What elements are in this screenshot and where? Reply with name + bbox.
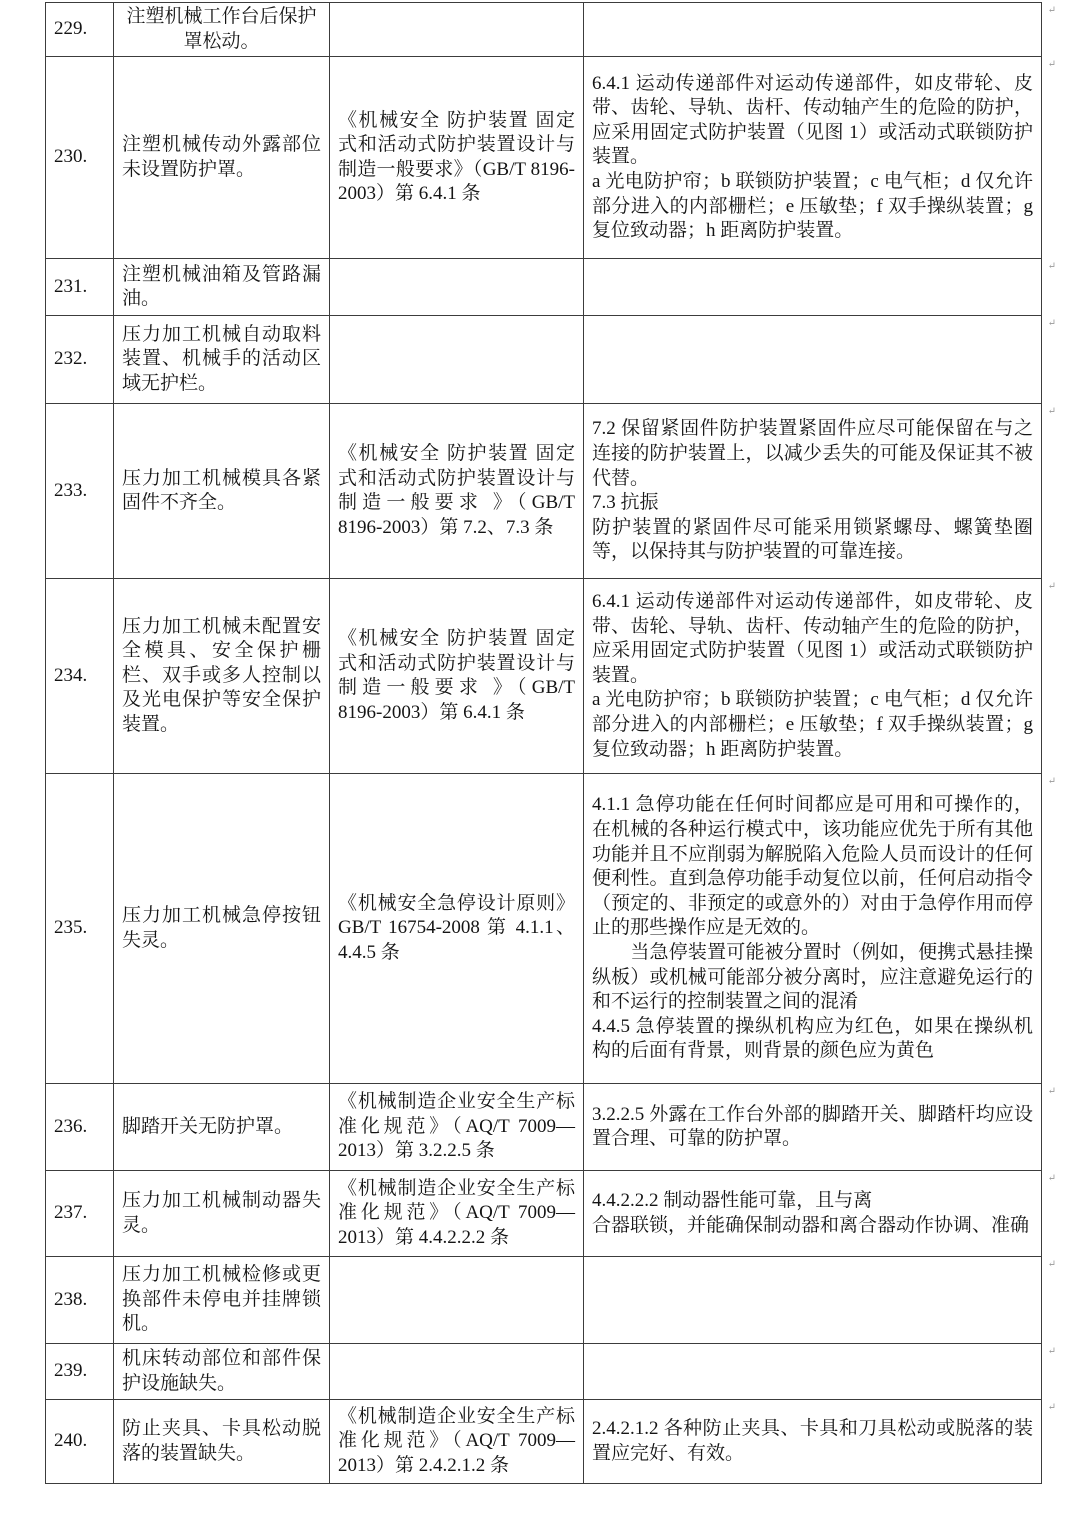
problem-description: 压力加工机械制动器失灵。: [122, 1190, 321, 1236]
row-number: 239.: [54, 1360, 87, 1381]
problem-description: 压力加工机械急停按钮失灵。: [122, 905, 321, 951]
row-number: 230.: [54, 146, 87, 167]
standard-clause-cell: 7.2 保留紧固件防护装置紧固件应尽可能保留在与之连接的防护装置上，以减少丢失的…: [584, 404, 1042, 579]
standard-clause-cell: 4.4.2.2.2 制动器性能可靠，且与离 合器联锁，并能确保制动器和离合器动作…: [584, 1171, 1042, 1257]
table-row: 231. 注塑机械油箱及管路漏油。 ↵: [46, 259, 1042, 316]
table-row: 232. 压力加工机械自动取料装置、机械手的活动区域无护栏。 ↵: [46, 316, 1042, 404]
row-number: 231.: [54, 276, 87, 297]
row-number: 238.: [54, 1289, 87, 1310]
table-row: 229. 注塑机械工作台后保护罩松动。 ↵: [46, 3, 1042, 57]
row-number-cell: 233.: [46, 404, 114, 579]
standard-reference: 《机械制造企业安全生产标准化规范》（AQ/T 7009—2013）第 2.4.2…: [338, 1406, 575, 1476]
document-page: 229. 注塑机械工作台后保护罩松动。 ↵ 230. 注塑机械传动外露部位未设置…: [0, 0, 1080, 1528]
standard-clause-text: 4.4.2.2.2 制动器性能可靠，且与离 合器联锁，并能确保制动器和离合器动作…: [592, 1190, 1029, 1236]
standard-reference-cell: 《机械制造企业安全生产标准化规范》（AQ/T 7009—2013）第 2.4.2…: [330, 1400, 584, 1484]
row-number-cell: 234.: [46, 579, 114, 774]
row-end-mark-icon: ↵: [1048, 1087, 1056, 1097]
standard-clause-cell: ↵: [584, 316, 1042, 404]
row-end-mark-icon: ↵: [1048, 1347, 1056, 1357]
inspection-table: 229. 注塑机械工作台后保护罩松动。 ↵ 230. 注塑机械传动外露部位未设置…: [45, 2, 1042, 1484]
row-number-cell: 236.: [46, 1084, 114, 1171]
row-end-mark-icon: ↵: [1048, 407, 1056, 417]
row-number: 240.: [54, 1430, 87, 1451]
row-end-mark-icon: ↵: [1048, 1403, 1056, 1413]
problem-description: 防止夹具、卡具松动脱落的装置缺失。: [122, 1418, 321, 1464]
standard-reference-cell: 《机械制造企业安全生产标准化规范》（AQ/T 7009—2013）第 4.4.2…: [330, 1171, 584, 1257]
problem-description: 压力加工机械自动取料装置、机械手的活动区域无护栏。: [122, 324, 321, 394]
problem-description-cell: 压力加工机械未配置安全模具、安全保护栅栏、双手或多人控制以及光电保护等安全保护装…: [114, 579, 330, 774]
standard-reference: 《机械安全 防护装置 固定式和活动式防护装置设计与制造一般要求 》（GB/T 8…: [338, 628, 575, 723]
standard-clause-cell: ↵: [584, 1344, 1042, 1400]
row-number-cell: 229.: [46, 3, 114, 57]
standard-clause-text: 6.4.1 运动传递部件对运动传递部件，如皮带轮、皮带、齿轮、导轨、齿杆、传动轴…: [592, 591, 1038, 760]
row-number-cell: 240.: [46, 1400, 114, 1484]
table-row: 233. 压力加工机械模具各紧固件不齐全。 《机械安全 防护装置 固定式和活动式…: [46, 404, 1042, 579]
standard-reference-cell: 《机械安全急停设计原则》GB/T 16754-2008 第 4.1.1、4.4.…: [330, 774, 584, 1084]
table-row: 234. 压力加工机械未配置安全模具、安全保护栅栏、双手或多人控制以及光电保护等…: [46, 579, 1042, 774]
standard-clause-text: 7.2 保留紧固件防护装置紧固件应尽可能保留在与之连接的防护装置上，以减少丢失的…: [592, 418, 1033, 562]
problem-description-cell: 防止夹具、卡具松动脱落的装置缺失。: [114, 1400, 330, 1484]
standard-reference: 《机械安全 防护装置 固定式和活动式防护装置设计与制造一般要求》（GB/T 81…: [338, 110, 575, 205]
row-end-mark-icon: ↵: [1048, 319, 1056, 329]
problem-description-cell: 注塑机械油箱及管路漏油。: [114, 259, 330, 316]
standard-clause-cell: 4.1.1 急停功能在任何时间都应是可用和可操作的，在机械的各种运行模式中，该功…: [584, 774, 1042, 1084]
row-number: 235.: [54, 917, 87, 938]
table-row: 238. 压力加工机械检修或更换部件未停电并挂牌锁机。 ↵: [46, 1257, 1042, 1344]
row-number: 237.: [54, 1202, 87, 1223]
table-row: 235. 压力加工机械急停按钮失灵。 《机械安全急停设计原则》GB/T 1675…: [46, 774, 1042, 1084]
standard-reference: 《机械安全急停设计原则》GB/T 16754-2008 第 4.1.1、4.4.…: [338, 893, 575, 963]
problem-description-cell: 注塑机械传动外露部位未设置防护罩。: [114, 57, 330, 259]
standard-clause-cell: ↵: [584, 3, 1042, 57]
standard-reference-cell: [330, 316, 584, 404]
problem-description: 压力加工机械模具各紧固件不齐全。: [122, 468, 321, 514]
problem-description-cell: 压力加工机械自动取料装置、机械手的活动区域无护栏。: [114, 316, 330, 404]
row-number-cell: 235.: [46, 774, 114, 1084]
standard-reference-cell: [330, 1257, 584, 1344]
standard-reference-cell: [330, 259, 584, 316]
row-number: 229.: [54, 18, 87, 39]
row-number-cell: 237.: [46, 1171, 114, 1257]
problem-description-cell: 注塑机械工作台后保护罩松动。: [114, 3, 330, 57]
standard-reference: 《机械安全 防护装置 固定式和活动式防护装置设计与制造一般要求 》（GB/T 8…: [338, 443, 575, 538]
standard-clause-cell: ↵: [584, 1257, 1042, 1344]
problem-description: 脚踏开关无防护罩。: [122, 1116, 293, 1137]
row-end-mark-icon: ↵: [1048, 60, 1056, 70]
row-end-mark-icon: ↵: [1048, 262, 1056, 272]
row-end-mark-icon: ↵: [1048, 1260, 1056, 1270]
row-end-mark-icon: ↵: [1048, 777, 1056, 787]
standard-clause-cell: 6.4.1 运动传递部件对运动传递部件，如皮带轮、皮带、齿轮、导轨、齿杆、传动轴…: [584, 57, 1042, 259]
table-body: 229. 注塑机械工作台后保护罩松动。 ↵ 230. 注塑机械传动外露部位未设置…: [46, 3, 1042, 1484]
problem-description-cell: 脚踏开关无防护罩。: [114, 1084, 330, 1171]
problem-description: 注塑机械油箱及管路漏油。: [122, 264, 321, 310]
row-number-cell: 231.: [46, 259, 114, 316]
table-row: 236. 脚踏开关无防护罩。 《机械制造企业安全生产标准化规范》（AQ/T 70…: [46, 1084, 1042, 1171]
problem-description-cell: 压力加工机械急停按钮失灵。: [114, 774, 330, 1084]
standard-reference-cell: 《机械安全 防护装置 固定式和活动式防护装置设计与制造一般要求 》（GB/T 8…: [330, 579, 584, 774]
standard-reference-cell: 《机械安全 防护装置 固定式和活动式防护装置设计与制造一般要求 》（GB/T 8…: [330, 404, 584, 579]
standard-reference-cell: 《机械制造企业安全生产标准化规范》（AQ/T 7009—2013）第 3.2.2…: [330, 1084, 584, 1171]
row-number: 232.: [54, 348, 87, 369]
problem-description: 机床转动部位和部件保护设施缺失。: [122, 1348, 321, 1394]
problem-description: 压力加工机械检修或更换部件未停电并挂牌锁机。: [122, 1264, 321, 1334]
standard-reference-cell: [330, 1344, 584, 1400]
standard-clause-text: 4.1.1 急停功能在任何时间都应是可用和可操作的，在机械的各种运行模式中，该功…: [592, 794, 1033, 1061]
row-number-cell: 239.: [46, 1344, 114, 1400]
table-row: 240. 防止夹具、卡具松动脱落的装置缺失。 《机械制造企业安全生产标准化规范》…: [46, 1400, 1042, 1484]
table-row: 230. 注塑机械传动外露部位未设置防护罩。 《机械安全 防护装置 固定式和活动…: [46, 57, 1042, 259]
standard-clause-cell: 2.4.2.1.2 各种防止夹具、卡具和刀具松动或脱落的装置应完好、有效。↵: [584, 1400, 1042, 1484]
problem-description: 压力加工机械未配置安全模具、安全保护栅栏、双手或多人控制以及光电保护等安全保护装…: [122, 616, 321, 735]
row-number: 234.: [54, 665, 87, 686]
problem-description-cell: 机床转动部位和部件保护设施缺失。: [114, 1344, 330, 1400]
standard-clause-text: 2.4.2.1.2 各种防止夹具、卡具和刀具松动或脱落的装置应完好、有效。: [592, 1418, 1033, 1464]
problem-description-cell: 压力加工机械检修或更换部件未停电并挂牌锁机。: [114, 1257, 330, 1344]
row-number-cell: 232.: [46, 316, 114, 404]
problem-description: 注塑机械工作台后保护罩松动。: [126, 6, 316, 52]
row-end-mark-icon: ↵: [1048, 1174, 1056, 1184]
standard-reference-cell: [330, 3, 584, 57]
row-number: 236.: [54, 1116, 87, 1137]
row-number-cell: 238.: [46, 1257, 114, 1344]
standard-reference-cell: 《机械安全 防护装置 固定式和活动式防护装置设计与制造一般要求》（GB/T 81…: [330, 57, 584, 259]
row-number: 233.: [54, 480, 87, 501]
problem-description-cell: 压力加工机械制动器失灵。: [114, 1171, 330, 1257]
standard-clause-cell: ↵: [584, 259, 1042, 316]
standard-reference: 《机械制造企业安全生产标准化规范》（AQ/T 7009—2013）第 3.2.2…: [338, 1091, 575, 1161]
standard-clause-text: 6.4.1 运动传递部件对运动传递部件，如皮带轮、皮带、齿轮、导轨、齿杆、传动轴…: [592, 73, 1038, 242]
standard-clause-cell: 3.2.2.5 外露在工作台外部的脚踏开关、脚踏杆均应设置合理、可靠的防护罩。↵: [584, 1084, 1042, 1171]
problem-description-cell: 压力加工机械模具各紧固件不齐全。: [114, 404, 330, 579]
row-end-mark-icon: ↵: [1048, 6, 1056, 16]
table-row: 239. 机床转动部位和部件保护设施缺失。 ↵: [46, 1344, 1042, 1400]
row-number-cell: 230.: [46, 57, 114, 259]
row-end-mark-icon: ↵: [1048, 582, 1056, 592]
table-row: 237. 压力加工机械制动器失灵。 《机械制造企业安全生产标准化规范》（AQ/T…: [46, 1171, 1042, 1257]
problem-description: 注塑机械传动外露部位未设置防护罩。: [122, 134, 321, 180]
standard-reference: 《机械制造企业安全生产标准化规范》（AQ/T 7009—2013）第 4.4.2…: [338, 1178, 575, 1248]
standard-clause-cell: 6.4.1 运动传递部件对运动传递部件，如皮带轮、皮带、齿轮、导轨、齿杆、传动轴…: [584, 579, 1042, 774]
standard-clause-text: 3.2.2.5 外露在工作台外部的脚踏开关、脚踏杆均应设置合理、可靠的防护罩。: [592, 1104, 1033, 1150]
